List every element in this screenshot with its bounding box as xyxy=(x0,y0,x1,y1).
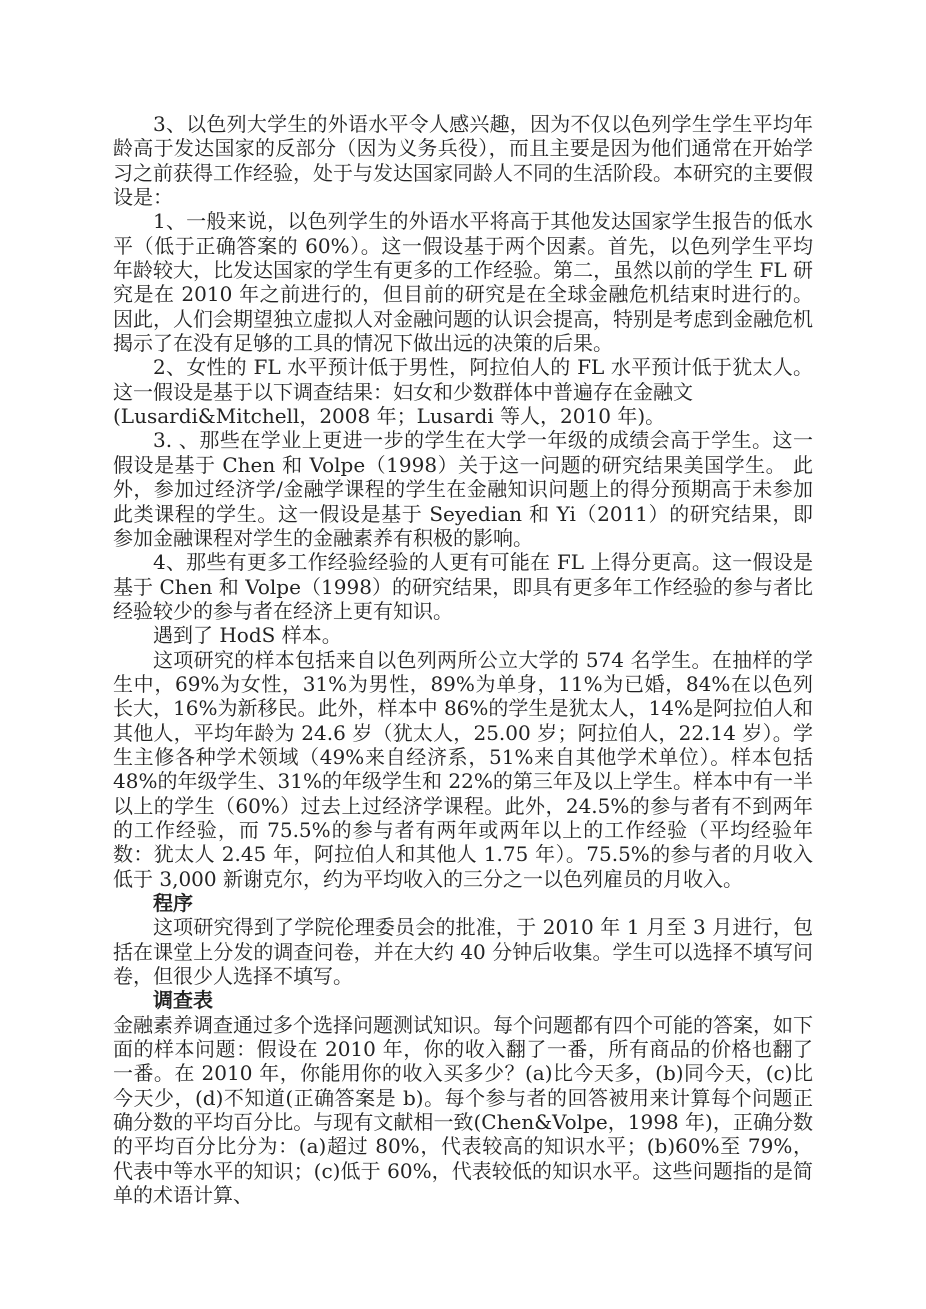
paragraph-procedure: 这项研究得到了学院伦理委员会的批准，于 2010 年 1 月至 3 月进行，包括… xyxy=(113,915,813,988)
paragraph-hypothesis-1: 1、一般来说，以色列学生的外语水平将高于其他发达国家学生报告的低水平（低于正确答… xyxy=(113,209,813,355)
paragraph-sample-description: 这项研究的样本包括来自以色列两所公立大学的 574 名学生。在抽样的学生中，69… xyxy=(113,648,813,891)
paragraph-hypothesis-intro: 3、以色列大学生的外语水平令人感兴趣，因为不仅以色列学生学生平均年龄高于发达国家… xyxy=(113,112,813,209)
paragraph-methods-label: 遇到了 HodS 样本。 xyxy=(113,623,813,647)
paragraph-citation-line: (Lusardi&Mitchell，2008 年；Lusardi 等人，2010… xyxy=(113,404,813,428)
document-page: 3、以色列大学生的外语水平令人感兴趣，因为不仅以色列学生学生平均年龄高于发达国家… xyxy=(0,0,926,1309)
document-content: 3、以色列大学生的外语水平令人感兴趣，因为不仅以色列学生学生平均年龄高于发达国家… xyxy=(113,112,813,1207)
paragraph-hypothesis-4: 4、那些有更多工作经验经验的人更有可能在 FL 上得分更高。这一假设是基于 Ch… xyxy=(113,550,813,623)
paragraph-hypothesis-2: 2、女性的 FL 水平预计低于男性，阿拉伯人的 FL 水平预计低于犹太人。这一假… xyxy=(113,355,813,404)
paragraph-hypothesis-3: 3. 、那些在学业上更进一步的学生在大学一年级的成绩会高于学生。这一假设是基于 … xyxy=(113,428,813,550)
paragraph-questionnaire: 金融素养调查通过多个选择问题测试知识。每个问题都有四个可能的答案，如下面的样本问… xyxy=(113,1013,813,1208)
section-heading-procedure: 程序 xyxy=(113,891,813,915)
section-heading-questionnaire: 调查表 xyxy=(113,988,813,1012)
